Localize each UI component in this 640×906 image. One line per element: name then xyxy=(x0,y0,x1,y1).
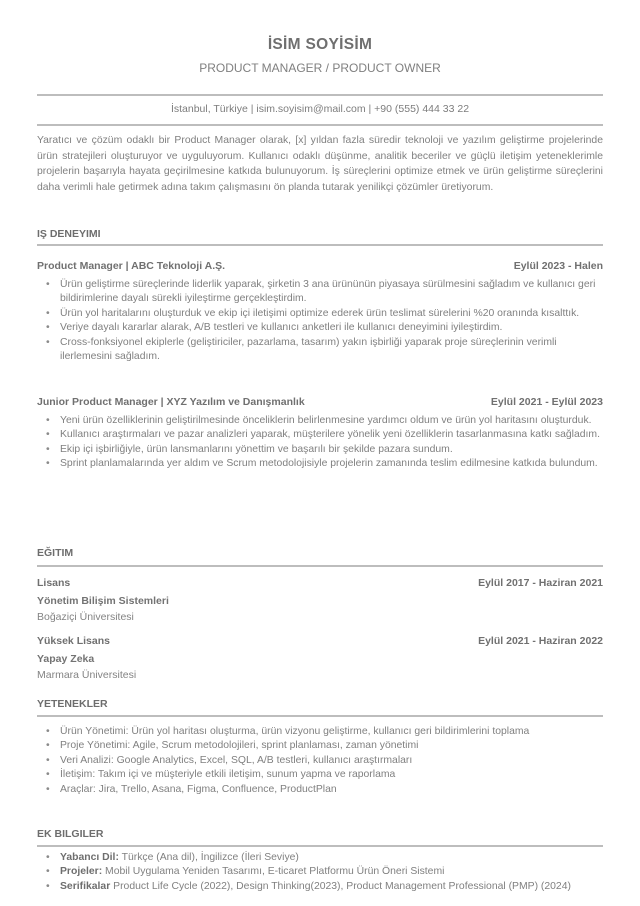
job-header: Product Manager | ABC Teknoloji A.Ş. Eyl… xyxy=(37,260,603,272)
list-item: Ekip içi işbirliğiyle, ürün lansmanların… xyxy=(60,443,603,457)
divider xyxy=(37,94,603,96)
divider xyxy=(37,124,603,126)
item-text: Türkçe (Ana dil), İngilizce (İleri Seviy… xyxy=(119,852,299,863)
list-item: Proje Yönetimi: Agile, Scrum metodolojil… xyxy=(60,739,603,753)
degree: Lisans xyxy=(37,577,70,589)
list-item: Yeni ürün özelliklerinin geliştirilmesin… xyxy=(60,414,603,428)
extra-list: Yabancı Dil: Türkçe (Ana dil), İngilizce… xyxy=(37,851,603,894)
list-item: Cross-fonksiyonel ekiplerle (geliştirici… xyxy=(60,336,603,365)
section-heading-skills: YETENEKLER xyxy=(37,698,108,710)
degree: Yüksek Lisans xyxy=(37,635,110,647)
item-text: Product Life Cycle (2022), Design Thinki… xyxy=(110,881,571,892)
list-item: Ürün geliştirme süreçlerinde liderlik ya… xyxy=(60,278,603,307)
school-name: Marmara Üniversitesi xyxy=(37,669,136,681)
education-header: Lisans Eylül 2017 - Haziran 2021 xyxy=(37,577,603,589)
list-item: Kullanıcı araştırmaları ve pazar analizl… xyxy=(60,428,603,442)
section-divider xyxy=(37,845,603,847)
section-heading-experience: IŞ DENEYIMI xyxy=(37,228,101,240)
list-item: Projeler: Mobil Uygulama Yeniden Tasarım… xyxy=(60,865,603,879)
list-item: Serifikalar Product Life Cycle (2022), D… xyxy=(60,880,603,894)
item-text: Mobil Uygulama Yeniden Tasarımı, E-ticar… xyxy=(102,866,444,877)
job-title: PRODUCT MANAGER / PRODUCT OWNER xyxy=(37,61,603,75)
job-header: Junior Product Manager | XYZ Yazılım ve … xyxy=(37,396,603,408)
field-of-study: Yönetim Bilişim Sistemleri xyxy=(37,595,169,607)
section-heading-education: EĞITIM xyxy=(37,547,73,559)
list-item: İletişim: Takım içi ve müşteriyle etkili… xyxy=(60,768,603,782)
summary-paragraph: Yaratıcı ve çözüm odaklı bir Product Man… xyxy=(37,133,603,195)
item-label: Projeler: xyxy=(60,866,102,877)
item-label: Serifikalar xyxy=(60,881,110,892)
job-bullets: Ürün geliştirme süreçlerinde liderlik ya… xyxy=(37,278,603,364)
section-heading-extra: EK BILGILER xyxy=(37,828,104,840)
job-bullets: Yeni ürün özelliklerinin geliştirilmesin… xyxy=(37,414,603,472)
education-header: Yüksek Lisans Eylül 2021 - Haziran 2022 xyxy=(37,635,603,647)
list-item: Veriye dayalı kararlar alarak, A/B testl… xyxy=(60,321,603,335)
job-dates: Eylül 2023 - Halen xyxy=(514,260,603,272)
list-item: Araçlar: Jira, Trello, Asana, Figma, Con… xyxy=(60,783,603,797)
job-dates: Eylül 2021 - Eylül 2023 xyxy=(491,396,603,408)
candidate-name: İSİM SOYİSİM xyxy=(37,36,603,54)
list-item: Veri Analizi: Google Analytics, Excel, S… xyxy=(60,754,603,768)
contact-info: İstanbul, Türkiye | isim.soyisim@mail.co… xyxy=(37,103,603,115)
section-divider xyxy=(37,565,603,567)
education-dates: Eylül 2021 - Haziran 2022 xyxy=(478,635,603,647)
list-item: Ürün Yönetimi: Ürün yol haritası oluştur… xyxy=(60,725,603,739)
list-item: Sprint planlamalarında yer aldım ve Scru… xyxy=(60,457,603,471)
list-item: Yabancı Dil: Türkçe (Ana dil), İngilizce… xyxy=(60,851,603,865)
job-role: Junior Product Manager | XYZ Yazılım ve … xyxy=(37,396,305,408)
section-divider xyxy=(37,244,603,246)
field-of-study: Yapay Zeka xyxy=(37,653,94,665)
job-role: Product Manager | ABC Teknoloji A.Ş. xyxy=(37,260,225,272)
skills-list: Ürün Yönetimi: Ürün yol haritası oluştur… xyxy=(37,725,603,797)
list-item: Ürün yol haritalarını oluşturduk ve ekip… xyxy=(60,307,603,321)
school-name: Boğaziçi Üniversitesi xyxy=(37,611,134,623)
education-dates: Eylül 2017 - Haziran 2021 xyxy=(478,577,603,589)
item-label: Yabancı Dil: xyxy=(60,852,119,863)
section-divider xyxy=(37,715,603,717)
